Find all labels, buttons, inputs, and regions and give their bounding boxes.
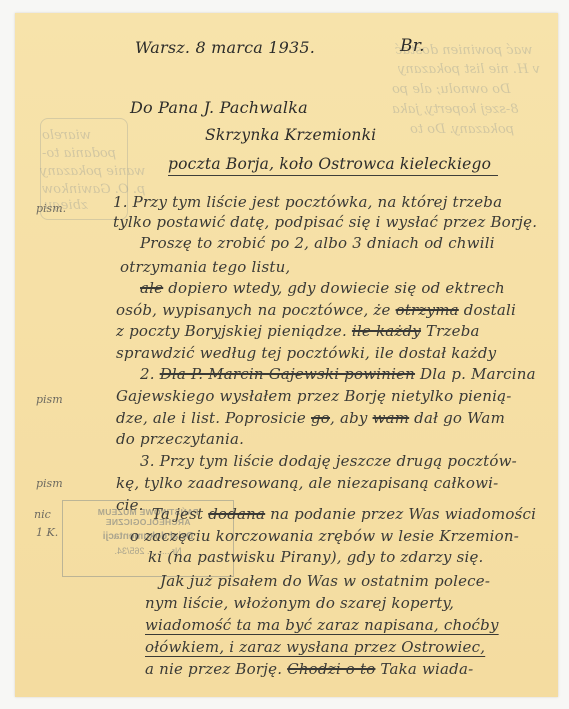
struck-word: wam [373,409,410,427]
body-line: Gajewskiego wysłałem przez Borję nietylk… [116,387,512,405]
body-line: dze, ale i list. Poprosicie go, aby wam … [116,409,505,427]
struck-word: go [311,409,330,427]
body-line: ale dopiero wtedy, gdy dowiecie się od e… [140,279,505,297]
bleed-through-text: 8-szej koperty, jaka [392,102,519,117]
line-tail: na podanie przez Was wiadomości [270,505,536,523]
line-text: Ta jest [152,505,203,523]
body-line: Proszę to zrobić po 2, albo 3 dniach od … [140,234,495,252]
body-line: cie. [116,496,144,514]
line-text: osób, wypisanych na pocztówce, że [116,301,391,319]
body-line: Jak już pisałem do Was w ostatnim polece… [160,572,490,590]
body-line: Ta jest dodana na podanie przez Was wiad… [152,505,536,523]
margin-note: nic [34,508,51,521]
line-tail: Taka wiada- [380,660,473,678]
struck-word: Chodzi o to [287,660,375,678]
line-tail: dał go Wam [414,409,505,427]
line-tail: dostali [464,301,516,319]
body-line: kę, tylko zaadresowaną, ale niezapisaną … [116,474,498,492]
struck-word: ale [140,279,163,297]
margin-note: pism. [36,202,66,215]
body-line: ki (na pastwisku Pirany), gdy to zdarzy … [148,548,484,566]
addressee-line-1: Do Pana J. Pachwalka [130,98,308,117]
line-text: z poczty Boryjskiej pieniądze. [116,322,347,340]
line-text: Dla p. Marcina [420,365,536,383]
body-line: 1. Przy tym liście jest pocztówka, na kt… [113,193,502,211]
margin-note: pism [36,477,63,490]
item-number: 2. [140,365,155,383]
body-line: do przeczytania. [116,430,244,448]
struck-word: dodana [208,505,265,523]
struck-phrase: Dla P. Marcin Gajewski powinien [160,365,415,383]
addressee-underline [168,175,498,176]
body-line: otrzymania tego listu, [120,258,290,276]
margin-note: pism [36,393,63,406]
body-line: osób, wypisanych na pocztówce, że otrzym… [116,301,516,319]
addressee-line-3: poczta Borja, koło Ostrowca kieleckiego [168,155,491,173]
body-line: sprawdzić według tej pocztówki, ile dost… [116,344,496,362]
body-line-underlined: wiadomość ta ma być zaraz napisana, choć… [145,616,499,634]
bleed-through-text: Do ownolu; ale po [392,82,510,97]
body-line: z poczty Boryjskiej pieniądze. ile każdy… [116,322,480,340]
body-line: 3. Przy tym liście dodaję jeszcze drugą … [140,452,517,470]
body-line: a nie przez Borję. Chodzi o to Taka wiad… [145,660,473,678]
body-line-underlined: ołówkiem, i zaraz wysłana przez Ostrowie… [145,638,485,656]
line-text: dze, ale i list. Poprosicie [116,409,306,427]
line-text: a nie przez Borję. [145,660,282,678]
struck-word: ile każdy [352,322,421,340]
body-line: o zaczęciu korczowania zrębów w lesie Kr… [130,527,519,545]
bleed-through-text: pokazany. Do to [410,122,514,137]
initials: Br. [400,36,425,56]
line-text: dopiero wtedy, gdy dowiecie się od ektre… [168,279,505,297]
body-line: 2. Dla P. Marcin Gajewski powinien Dla p… [140,365,536,383]
line-mid: , aby [330,409,368,427]
struck-word: otrzyma [396,301,459,319]
addressee-line-2: Skrzynka Krzemionki [205,126,376,144]
line-tail: Trzeba [426,322,480,340]
body-line: tylko postawić datę, podpisać się i wysł… [113,213,537,231]
bleed-through-text: v H. nie list pokazany [398,62,540,77]
margin-note: 1 K. [36,526,58,539]
place-date: Warsz. 8 marca 1935. [135,38,315,57]
body-line: nym liście, włożonym do szarej koperty, [145,594,454,612]
